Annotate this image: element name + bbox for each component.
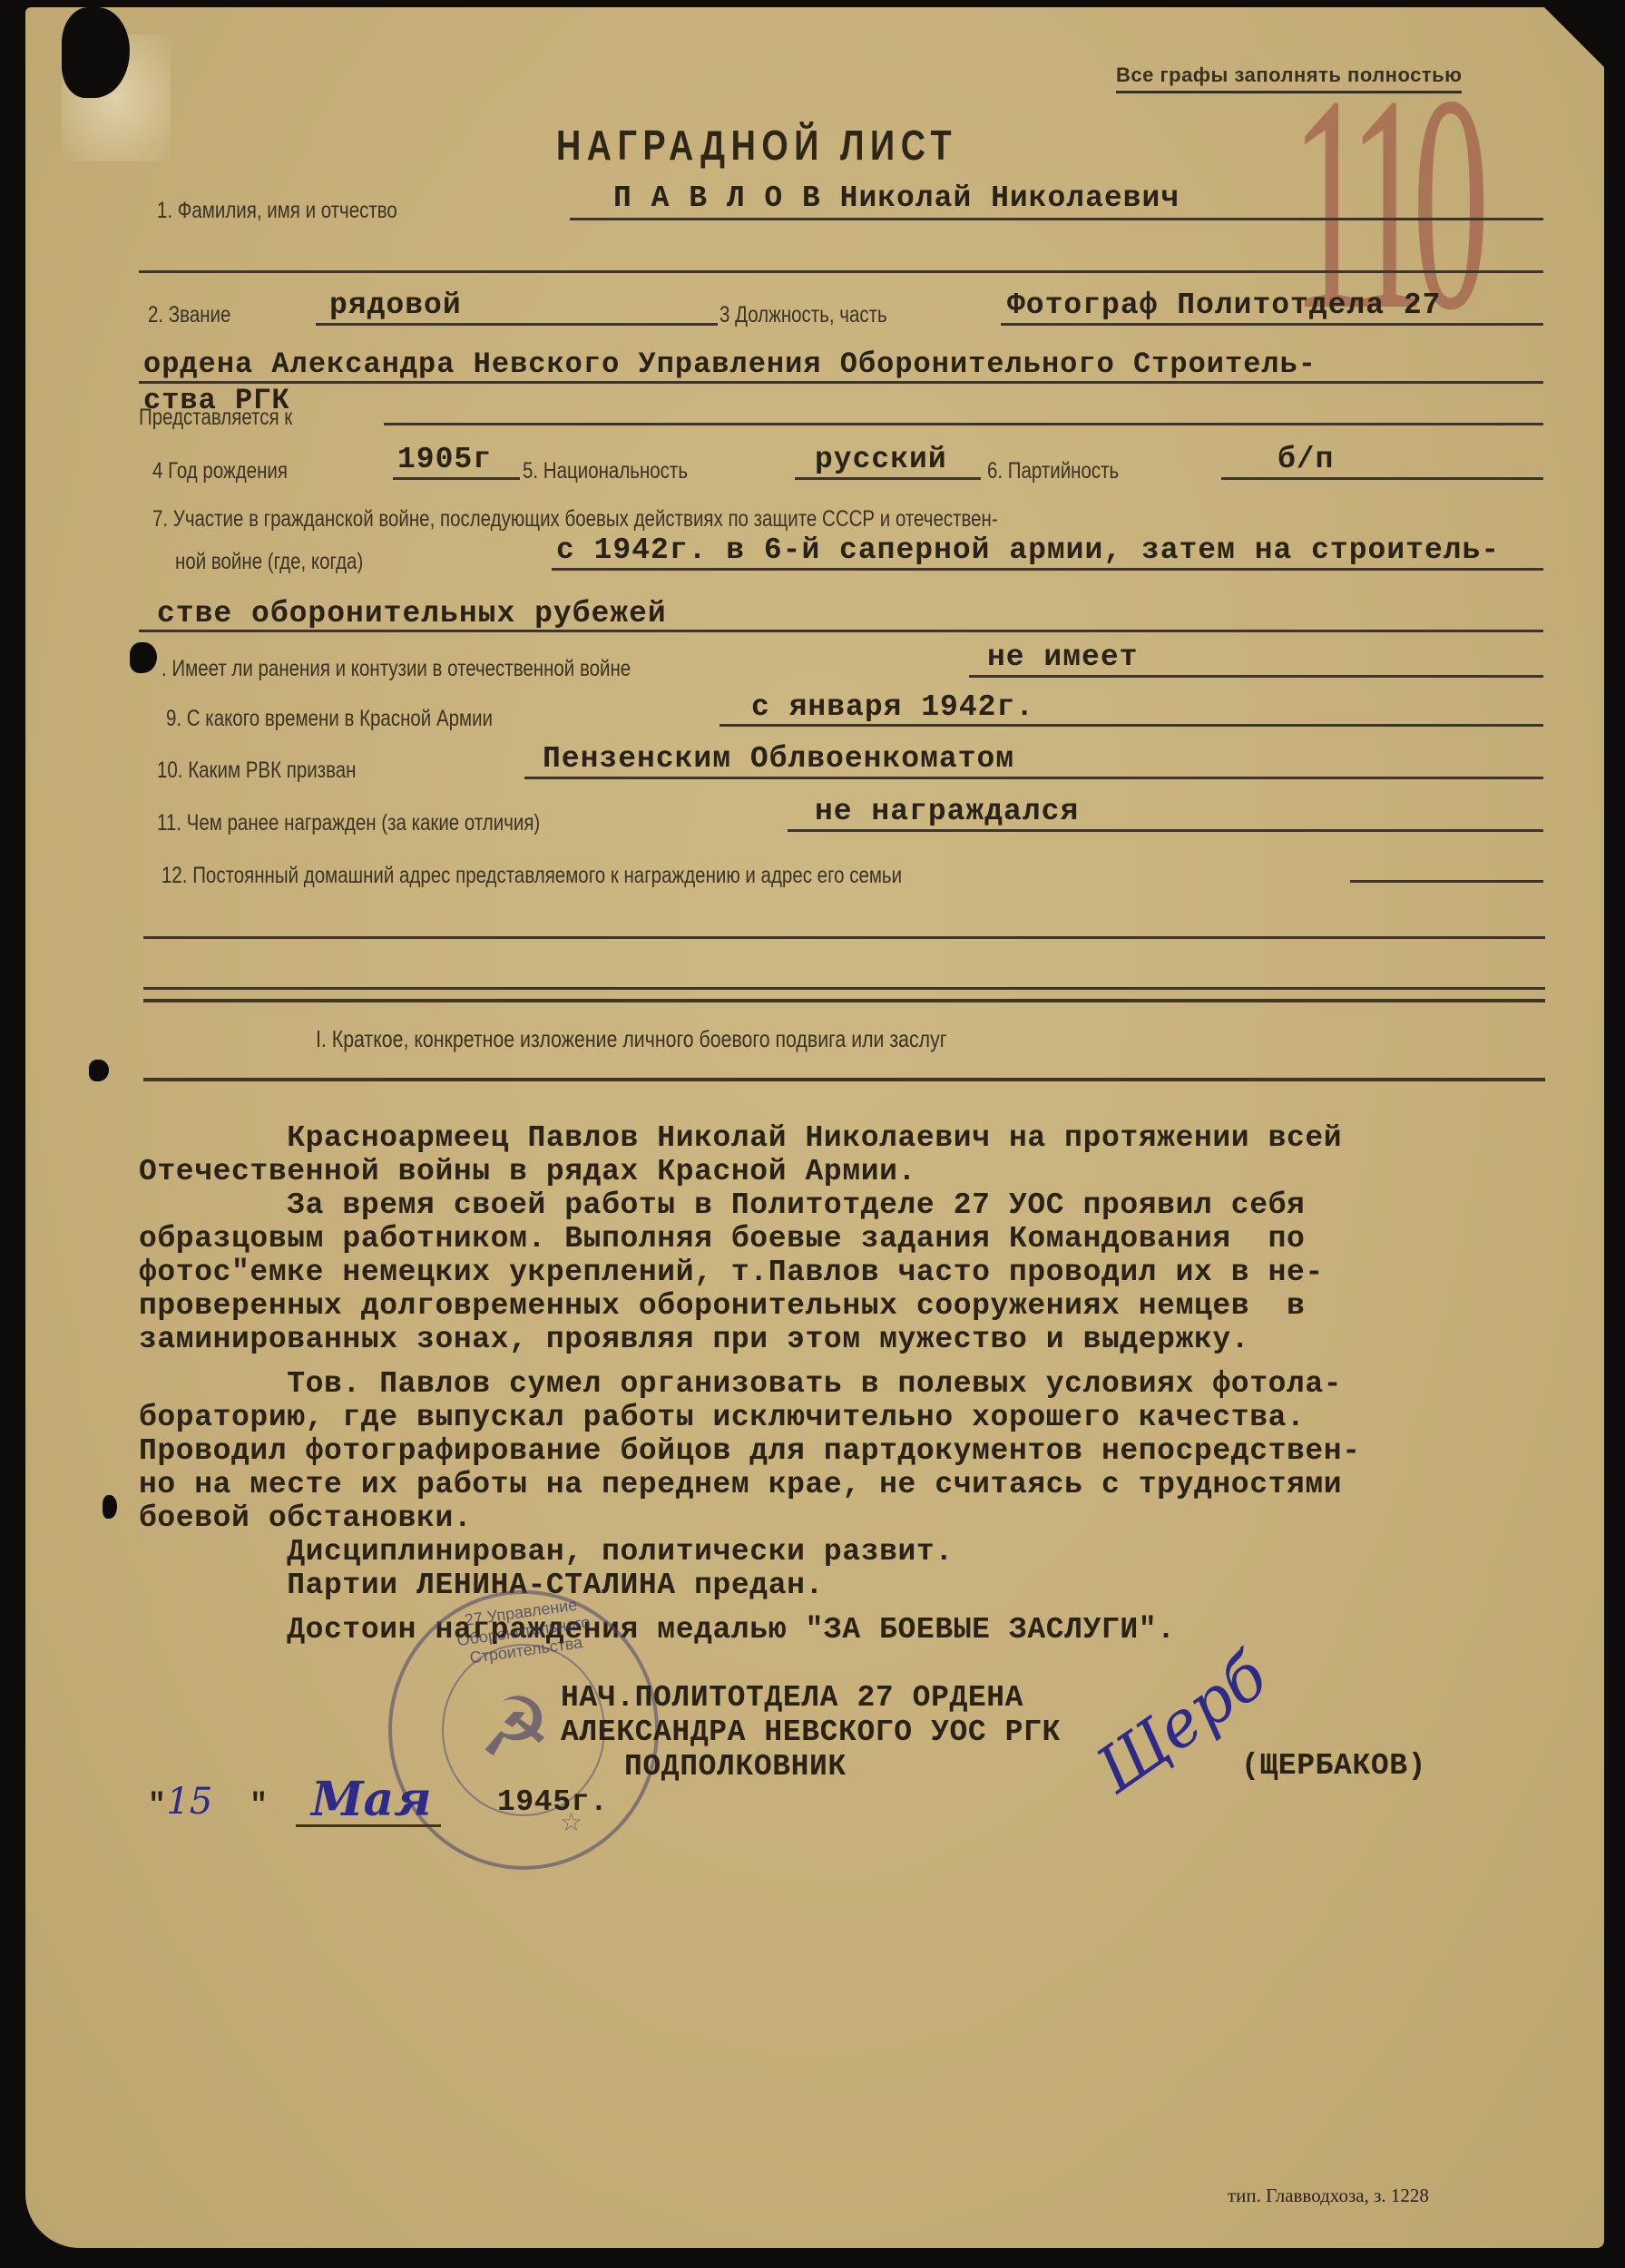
field-2-value: рядовой	[329, 288, 462, 322]
narrative-line: Тов. Павлов сумел организовать в полевых…	[139, 1367, 1361, 1401]
section-divider	[143, 999, 1545, 1002]
narrative-line: боевой обстановки.	[139, 1501, 1361, 1535]
section-1-heading: I. Краткое, конкретное изложение личного…	[316, 1025, 947, 1053]
punch-hole	[89, 1060, 109, 1081]
date-month: Мая	[311, 1772, 432, 1827]
field-1-value: П А В Л О В Николай Николаевич	[613, 181, 1180, 215]
narrative-line: проверенных долговременных оборонительны…	[139, 1289, 1361, 1323]
field-4-label: 4 Год рождения	[152, 458, 288, 484]
narrative-line: Красноармеец Павлов Николай Николаевич н…	[139, 1121, 1361, 1155]
document-title: НАГРАДНОЙ ЛИСТ	[556, 121, 957, 170]
field-9-label: 9. С какого времени в Красной Армии	[166, 706, 493, 732]
field-3-label: 3 Должность, часть	[720, 302, 887, 328]
field-2-underline	[316, 323, 718, 326]
presented-for-label: Представляется к	[139, 405, 292, 431]
field-11-label: 11. Чем ранее награжден (за какие отличи…	[157, 810, 540, 836]
field-1-extra-line	[139, 270, 1543, 273]
field-11-underline	[788, 829, 1543, 832]
field-12-extra-line-1	[143, 936, 1545, 939]
date-day: 15	[166, 1781, 212, 1823]
field-7-value-cont: стве оборонительных рубежей	[157, 597, 667, 631]
field-6-value: б/п	[1277, 443, 1334, 476]
field-4-value: 1905г	[397, 443, 492, 476]
field-8-value: не имеет	[987, 640, 1138, 674]
signatory-title-line1: НАЧ.ПОЛИТОТДЕЛА 27 ОРДЕНА	[561, 1681, 1023, 1715]
field-9-underline	[720, 724, 1543, 727]
field-12-underline	[1350, 880, 1543, 883]
date-month-underline	[296, 1824, 441, 1827]
field-5-value: русский	[815, 443, 947, 476]
field-5-underline	[795, 477, 981, 480]
narrative-line: образцовым работником. Выполняя боевые з…	[139, 1222, 1361, 1256]
field-6-underline	[1221, 477, 1543, 480]
field-12-label: 12. Постоянный домашний адрес представля…	[162, 863, 902, 889]
narrative-line: За время своей работы в Политотделе 27 У…	[139, 1188, 1361, 1222]
narrative-line: Отечественной войны в рядах Красной Арми…	[139, 1155, 1361, 1188]
torn-corner	[1542, 5, 1606, 69]
field-3-cont-underline	[139, 381, 1543, 384]
narrative-line: заминированных зонах, проявляя при этом …	[139, 1323, 1361, 1356]
section-1-heading-underline	[143, 1078, 1545, 1081]
narrative-line: Дисциплинирован, политически развит.	[139, 1535, 1361, 1569]
field-3-value-cont: ордена Александра Невского Управления Об…	[143, 347, 1317, 381]
field-6-label: 6. Партийность	[987, 458, 1119, 484]
date-year: 1945г.	[497, 1785, 608, 1819]
field-10-underline	[524, 777, 1543, 779]
narrative-line: фотос"емке немецких укреплений, т.Павлов…	[139, 1256, 1361, 1289]
punch-hole	[130, 642, 157, 673]
signatory-name: (ЩЕРБАКОВ)	[1241, 1749, 1426, 1783]
signatory-title-line2: АЛЕКСАНДРА НЕВСКОГО УОС РГК	[561, 1716, 1061, 1749]
field-3-value: Фотограф Политотдела 27	[1007, 288, 1441, 322]
punch-hole	[103, 1495, 117, 1519]
field-1-label: 1. Фамилия, имя и отчество	[157, 198, 397, 224]
field-10-value: Пензенским Облвоенкоматом	[543, 742, 1014, 776]
field-5-label: 5. Национальность	[523, 458, 688, 484]
award-sheet-document: Все графы заполнять полностью 110 НАГРАД…	[25, 7, 1604, 2248]
hammer-sickle-emblem-icon: ☭	[478, 1680, 552, 1775]
field-7-label-line1: 7. Участие в гражданской войне, последую…	[152, 506, 998, 533]
narrative-line: Партии ЛЕНИНА-СТАЛИНА предан.	[139, 1569, 1361, 1602]
narrative-text: Красноармеец Павлов Николай Николаевич н…	[139, 1121, 1361, 1647]
field-2-label: 2. Звание	[148, 302, 230, 328]
field-8-label: . Имеет ли ранения и контузии в отечеств…	[162, 656, 631, 682]
narrative-line: Проводил фотографирование бойцов для пар…	[139, 1434, 1361, 1468]
signatory-rank: ПОДПОЛКОВНИК	[624, 1750, 847, 1784]
date-line: "15 "	[148, 1781, 269, 1823]
field-4-underline	[393, 477, 520, 480]
field-11-value: не награждался	[815, 795, 1079, 828]
field-7-label-line2: ной войне (где, когда)	[175, 549, 363, 575]
narrative-line: Достоин награждения медалью "ЗА БОЕВЫЕ З…	[139, 1613, 1361, 1647]
field-7-underline	[552, 568, 1543, 571]
printer-imprint: тип. Главводхоза, з. 1228	[1228, 2185, 1429, 2207]
field-7-cont-underline	[139, 630, 1543, 632]
field-7-value: с 1942г. в 6-й саперной армии, затем на …	[556, 533, 1500, 567]
narrative-line: бораторию, где выпускал работы исключите…	[139, 1401, 1361, 1434]
field-3-underline	[1001, 323, 1543, 326]
narrative-line: но на месте их работы на переднем крае, …	[139, 1468, 1361, 1501]
field-9-value: с января 1942г.	[751, 690, 1034, 724]
presented-for-underline	[384, 423, 1543, 425]
field-10-label: 10. Каким РВК призван	[157, 758, 356, 784]
field-8-underline	[969, 675, 1543, 678]
field-12-extra-line-2	[143, 987, 1545, 990]
pencil-archive-number: 110	[1291, 25, 1476, 380]
field-1-underline	[570, 218, 1543, 220]
